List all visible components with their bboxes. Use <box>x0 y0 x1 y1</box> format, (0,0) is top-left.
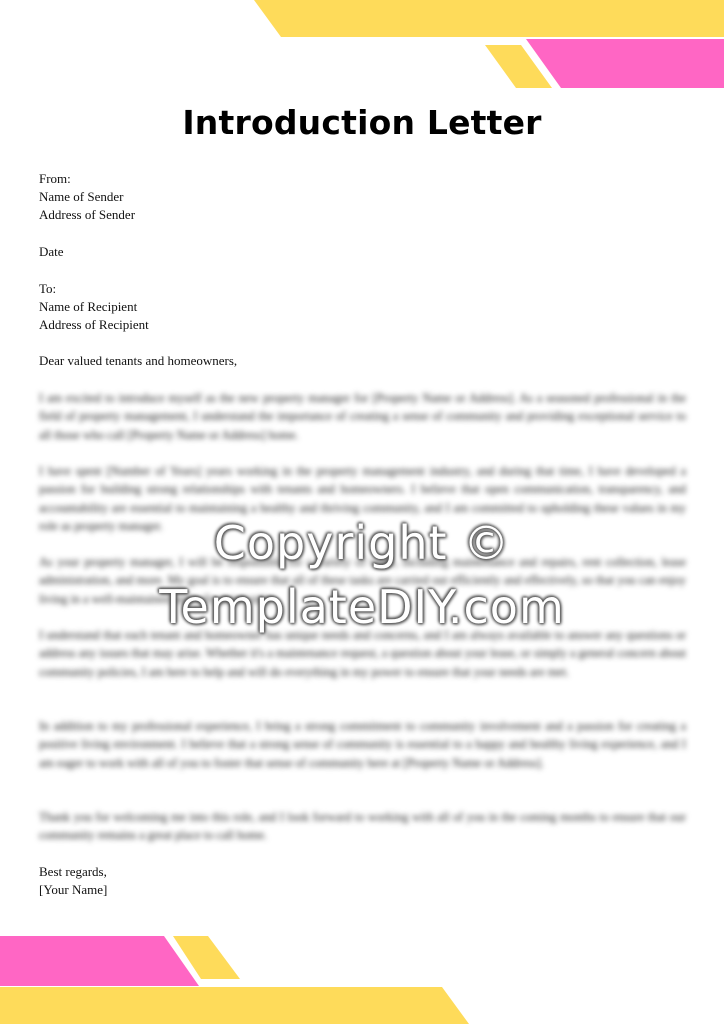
body-paragraph: I am excited to introduce myself as the … <box>39 389 686 444</box>
bottom-yellow-band <box>0 987 469 1024</box>
salutation: Dear valued tenants and homeowners, <box>39 352 237 370</box>
recipient-name: Name of Recipient <box>39 298 137 316</box>
bottom-pink-band <box>0 936 199 986</box>
watermark-site: TemplateDIY.com <box>0 580 724 634</box>
closing: Best regards, <box>39 863 107 881</box>
signature: [Your Name] <box>39 881 107 899</box>
to-label: To: <box>39 280 56 298</box>
top-pink-band <box>526 39 724 88</box>
top-yellow-stripe <box>485 45 552 88</box>
body-paragraph: In addition to my professional experienc… <box>39 717 686 772</box>
watermark-copyright: Copyright © <box>0 516 724 570</box>
page-title: Introduction Letter <box>0 103 724 142</box>
sender-name: Name of Sender <box>39 188 123 206</box>
date-field: Date <box>39 243 64 261</box>
from-label: From: <box>39 170 71 188</box>
recipient-address: Address of Recipient <box>39 316 149 334</box>
sender-address: Address of Sender <box>39 206 135 224</box>
body-paragraph: Thank you for welcoming me into this rol… <box>39 808 686 845</box>
body-paragraph: I understand that each tenant and homeow… <box>39 626 686 681</box>
bottom-yellow-stripe <box>173 936 240 979</box>
top-yellow-band <box>254 0 724 37</box>
